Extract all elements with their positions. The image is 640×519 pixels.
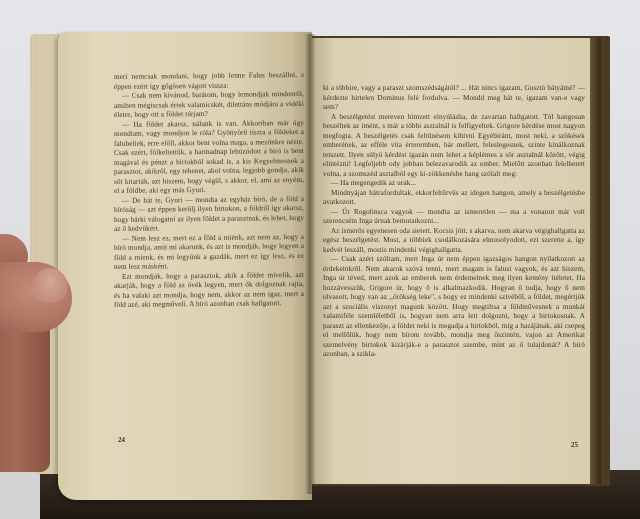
book-spine-edge-right <box>590 38 604 484</box>
left-page: meri nemcsak mondani, hogy jobb lenne Fa… <box>58 32 312 500</box>
left-page-number: 24 <box>118 436 125 444</box>
paragraph: — Úr Rogolinsca vagyok — mondta az ismer… <box>323 208 585 227</box>
paragraph: — Csak azért szóltam, mert Inga úr nem é… <box>323 255 585 360</box>
paragraph: ki a többire, vagy a paraszt szomszédság… <box>323 84 585 113</box>
right-page-text: ki a többire, vagy a paraszt szomszédság… <box>323 84 585 360</box>
paragraph: A beszélgetést mereven hímzett elnyúlásb… <box>323 113 585 180</box>
book-gutter <box>305 34 315 494</box>
paragraph: meri nemcsak mondani, hogy jobb lenne Fa… <box>114 71 304 92</box>
right-page: ki a többire, vagy a paraszt szomszédság… <box>311 38 595 484</box>
paragraph: — Ha földet akarsz, nálunk is van. Akkor… <box>114 119 304 197</box>
paragraph: Ezt mondják, hogy a parasztok, akik a fö… <box>114 271 304 311</box>
paragraph: — Nem lesz ez, mert ez a föld a miénk, a… <box>114 233 304 273</box>
paragraph: — De hát te, Gyuri — mondta az egyház bí… <box>114 195 304 235</box>
thumbnail <box>34 268 68 302</box>
left-page-text: meri nemcsak mondani, hogy jobb lenne Fa… <box>114 71 304 310</box>
paragraph: Az ismerős egyenesen oda sietett. Kocsis… <box>323 227 585 256</box>
paragraph: — Ha megengedik az urak... <box>323 179 585 189</box>
paragraph: Mindnyájan hátrafordultak, ekkorfeltűrvü… <box>323 189 585 208</box>
hand <box>0 232 96 472</box>
paragraph: — Csak nem kívánod, barátom, hogy lemond… <box>114 90 304 120</box>
right-page-number: 25 <box>571 441 578 449</box>
